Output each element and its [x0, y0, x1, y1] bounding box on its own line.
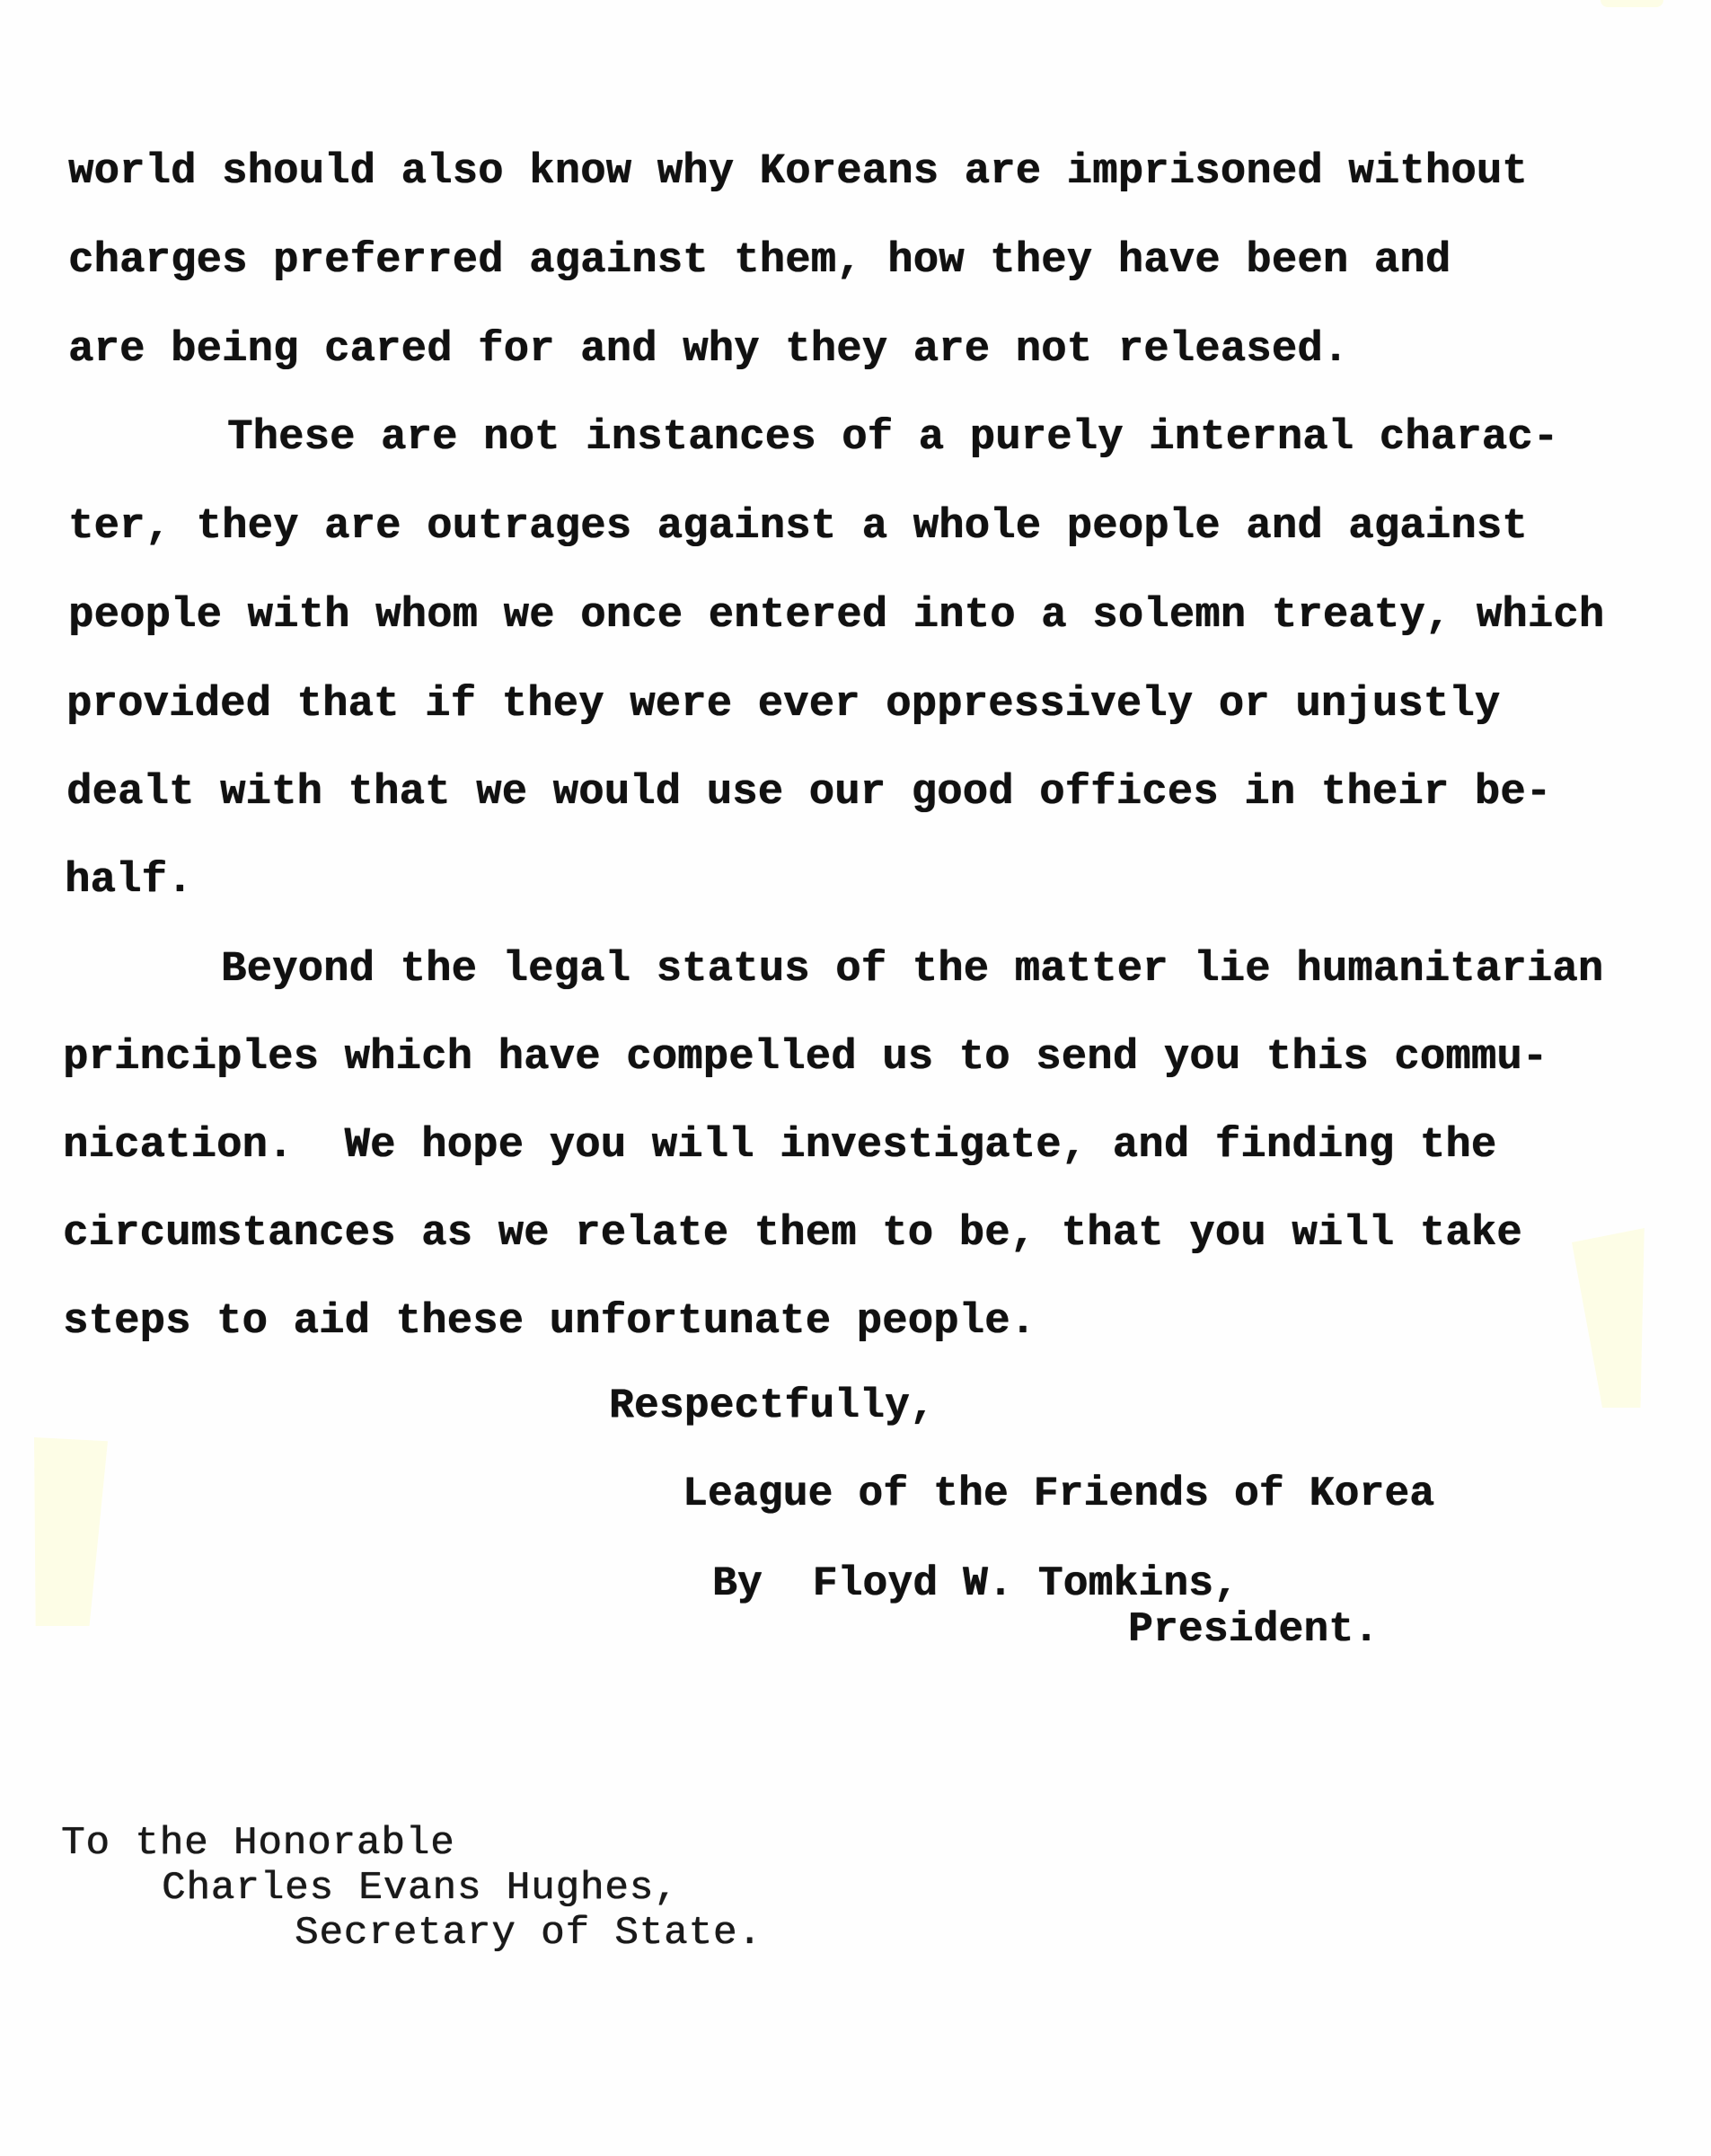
closing-signatory: By Floyd W. Tomkins, [712, 1563, 1239, 1604]
closing-title: President. [1128, 1609, 1379, 1650]
body-line: These are not instances of a purely inte… [227, 417, 1558, 459]
body-line: provided that if they were ever oppressi… [66, 684, 1500, 726]
body-line: ter, they are outrages against a whole p… [68, 506, 1528, 548]
paper-stain [34, 1437, 108, 1626]
addressee-title: Secretary of State. [295, 1913, 763, 1953]
body-line: world should also know why Koreans are i… [68, 151, 1528, 193]
body-line: dealt with that we would use our good of… [66, 772, 1551, 814]
paper-stain [1572, 1228, 1648, 1408]
body-line: charges preferred against them, how they… [68, 240, 1451, 282]
body-line: principles which have compelled us to se… [63, 1037, 1548, 1079]
body-line: are being cared for and why they are not… [68, 329, 1348, 371]
closing-salutation: Respectfully, [609, 1385, 935, 1427]
body-line: Beyond the legal status of the matter li… [221, 949, 1603, 991]
addressee-name: Charles Evans Hughes, [162, 1869, 679, 1908]
body-line: steps to aid these unfortunate people. [63, 1301, 1036, 1343]
body-line: circumstances as we relate them to be, t… [63, 1213, 1522, 1255]
addressee-line: To the Honorable [61, 1824, 454, 1863]
body-line: people with whom we once entered into a … [68, 595, 1604, 637]
body-line: nication. We hope you will investigate, … [63, 1125, 1496, 1167]
paper-stain [1601, 0, 1663, 7]
body-line: half. [65, 860, 193, 902]
closing-organization: League of the Friends of Korea [683, 1473, 1434, 1515]
letter-page: world should also know why Koreans are i… [0, 0, 1711, 2156]
